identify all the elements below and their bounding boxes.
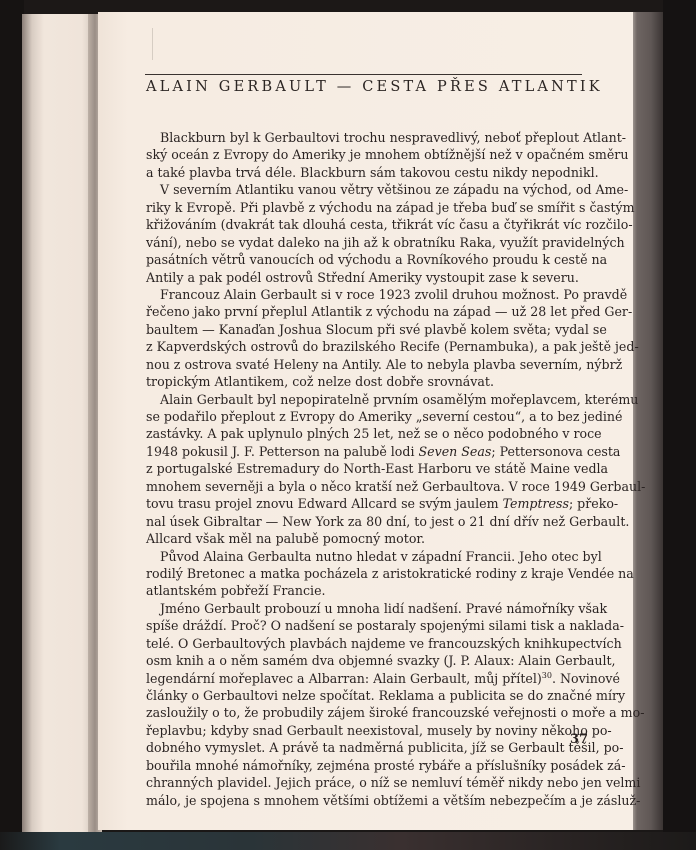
text-line: z portugalské Estremadury do North-East …	[146, 460, 584, 477]
text-segment: legendární mořeplavec a Albarran: Alain …	[146, 671, 542, 686]
text-line: chranných plavidel. Jejich práce, o níž …	[146, 774, 584, 791]
text-segment: ; Pettersonova cesta	[491, 444, 620, 459]
text-line: málo, je spojena s mnohem většími obtíže…	[146, 792, 584, 809]
text-line: mnohem severněji a byla o něco kratší ne…	[146, 478, 584, 495]
text-line: pasátních větrů vanoucích od východu a R…	[146, 251, 584, 268]
text-segment: . Novinové	[552, 671, 620, 686]
text-line: Antily a pak podél ostrovů Střední Ameri…	[146, 269, 584, 286]
text-line: z Kapverdských ostrovů do brazilského Re…	[146, 338, 584, 355]
text-line: zastávky. A pak uplynulo plných 25 let, …	[146, 425, 584, 442]
text-line: bouřila mnohé námořníky, zejména prosté …	[146, 757, 584, 774]
text-line: 1948 pokusil J. F. Petterson na palubě l…	[146, 443, 584, 460]
text-line: články o Gerbaultovi nelze spočítat. Rek…	[146, 687, 584, 704]
text-line: V severním Atlantiku vanou větry většino…	[146, 181, 584, 198]
text-line: Allcard však měl na palubě pomocný motor…	[146, 530, 584, 547]
left-page-stack	[22, 14, 96, 832]
italic-title: Temptress	[503, 496, 569, 511]
text-line: baultem — Kanaďan Joshua Slocum při své …	[146, 321, 584, 338]
footnote-ref: 30	[542, 670, 552, 679]
scan-left-border	[0, 0, 24, 850]
text-line: tovu trasu projel znovu Edward Allcard s…	[146, 495, 584, 512]
text-line: atlantském pobřeží Francie.	[146, 582, 584, 599]
text-line: tropickým Atlantikem, což nelze dost dob…	[146, 373, 584, 390]
text-line: řečeno jako první přeplul Atlantik z výc…	[146, 303, 584, 320]
text-line: řeplavbu; kdyby snad Gerbault neexistova…	[146, 722, 584, 739]
text-line: ský oceán z Evropy do Ameriky je mnohem …	[146, 146, 584, 163]
scan-right-border	[663, 0, 696, 850]
text-segment: ; překo-	[569, 496, 618, 511]
text-line: vání), nebo se vydat daleko na jih až k …	[146, 234, 584, 251]
text-line: zasloužily o to, že probudily zájem širo…	[146, 704, 584, 721]
body-text: Blackburn byl k Gerbaultovi trochu nespr…	[146, 129, 584, 809]
text-segment: 1948 pokusil J. F. Petterson na palubě l…	[146, 444, 419, 459]
italic-title: Seven Seas	[419, 444, 492, 459]
text-line: nal úsek Gibraltar — New York za 80 dní,…	[146, 513, 584, 530]
header-rule	[145, 74, 582, 75]
text-line: telé. O Gerbaultových plavbách najdeme v…	[146, 635, 584, 652]
text-line: Alain Gerbault byl nepopiratelně prvním …	[146, 391, 584, 408]
text-line: křižováním (dvakrát tak dlouhá cesta, tř…	[146, 216, 584, 233]
text-line: Původ Alaina Gerbaulta nutno hledat v zá…	[146, 548, 584, 565]
text-line: Jméno Gerbault probouzí u mnoha lidí nad…	[146, 600, 584, 617]
text-line: spíše dráždí. Proč? O nadšení se postara…	[146, 617, 584, 634]
text-line: legendární mořeplavec a Albarran: Alain …	[146, 670, 584, 687]
text-line: Francouz Alain Gerbault si v roce 1923 z…	[146, 286, 584, 303]
running-head: ALAIN GERBAULT — CESTA PŘES ATLANTIK	[146, 79, 586, 95]
page-number: 37	[570, 732, 588, 747]
text-segment: tovu trasu projel znovu Edward Allcard s…	[146, 496, 503, 511]
text-line: se podařilo přeplout z Evropy do Ameriky…	[146, 408, 584, 425]
text-line: nou z ostrova svaté Heleny na Antily. Al…	[146, 356, 584, 373]
text-line: dobného vymyslet. A právě ta nadměrná pu…	[146, 739, 584, 756]
text-line: osm knih a o něm samém dva objemné svazk…	[146, 652, 584, 669]
text-line: Blackburn byl k Gerbaultovi trochu nespr…	[146, 129, 584, 146]
pencil-mark	[152, 28, 177, 60]
text-line: a také plavba trvá déle. Blackburn sám t…	[146, 164, 584, 181]
scan-bottom-edge	[0, 832, 696, 850]
text-line: rodilý Bretonec a matka pocházela z aris…	[146, 565, 584, 582]
text-line: riky k Evropě. Při plavbě z východu na z…	[146, 199, 584, 216]
